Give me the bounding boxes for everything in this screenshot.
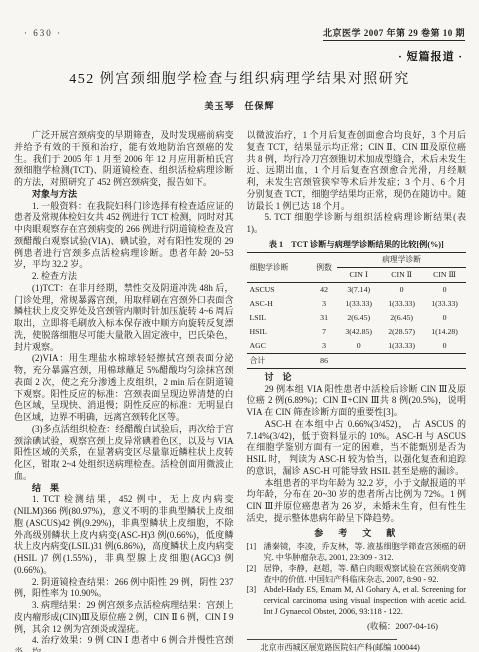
cell-cin1	[337, 353, 380, 368]
cell-case-count: 7	[311, 325, 337, 339]
paragraph-result-3: 3. 病理结果：29 例宫颈多点活检病理结果：宫颈上皮内瘤形成(CIN)Ⅲ及原位…	[14, 600, 234, 635]
reference-item: [1] 潘秦镜，李凌，乔友林，等. 液基细胞学筛查宫颈癌的研究. 中华肿瘤杂志,…	[247, 542, 467, 564]
table-row: ASC-H 3 1(33.33) 1(33.33) 1(33.33)	[247, 297, 467, 311]
paragraph-general-data: 1. 一般资料：在我院妇科门诊选择有检查适应证的患者及常规体检妇女共 452 例…	[14, 201, 234, 272]
table-row: 合计 86	[247, 353, 467, 368]
paragraph-result-2: 2. 阴道镜检查结果：266 例中阳性 29 例，阴性 237 例，阳性率为 1…	[14, 577, 234, 601]
paragraph-intro: 广泛开展宫颈病变的早期筛查，及时发现癌前病变并给予有效的干预和治疗，能有效地防治…	[14, 130, 234, 189]
reference-number: [2]	[247, 564, 264, 586]
table-header: 细胞学诊断 例数 病理学诊断 CIN ⅠCIN ⅡCIN Ⅲ	[247, 252, 467, 282]
article-authors: 美玉琴 任保辉	[0, 99, 479, 112]
cell-cin2: 2(28.57)	[380, 325, 423, 339]
cell-cin2: 2(6.45)	[380, 311, 423, 325]
table-row: ASCUS 42 3(7.14) 0 0	[247, 282, 467, 297]
cell-cin1: 0	[337, 339, 380, 354]
cell-cin3: 0	[423, 311, 466, 325]
cell-cytology-diagnosis: LSIL	[247, 311, 311, 325]
reference-item: [3] Abdel-Hady ES, Emam M, Al Gohary A, …	[247, 585, 467, 617]
cell-cytology-diagnosis: 合计	[247, 353, 311, 368]
heading-discussion: 讨 论	[247, 372, 467, 384]
heading-results: 结 果	[14, 483, 234, 495]
paragraph-via-method: (2)VIA：用生理盐水棉球轻轻擦拭宫颈表面分泌物，充分暴露宫颈，用棉球蘸足 5…	[14, 353, 234, 424]
cell-cytology-diagnosis: ASC-H	[247, 297, 311, 311]
paragraph-biopsy-method: (3)多点活组织检查：经醋酸白试验后，再次给于宫颈涂碘试验，观察宫颈上皮异常碘着…	[14, 424, 234, 483]
cell-case-count: 31	[311, 311, 337, 325]
references-list: [1] 潘秦镜，李凌，乔友林，等. 液基细胞学筛查宫颈癌的研究. 中华肿瘤杂志,…	[247, 542, 467, 618]
cell-case-count: 86	[311, 353, 337, 368]
cell-cytology-diagnosis: HSIL	[247, 325, 311, 339]
author-affiliation: 北京市西城区展览路医院妇产科(邮编 100044)	[247, 642, 467, 652]
paragraph-discussion-3: 本组患者的平均年龄为 32.2 岁，小于文献报道的平均年龄，分布在 20~30 …	[247, 478, 467, 525]
journal-citation: 北京医学 2007 年第 29 卷第 10 期	[323, 26, 465, 41]
cell-case-count: 3	[311, 339, 337, 354]
paragraph-discussion-2: ASC-H 在本组中占 0.66%(3/452)， 占 ASCUS 的 7.14…	[247, 419, 467, 478]
cell-cin1: 2(6.45)	[337, 311, 380, 325]
journal-page: · 630 · 北京医学 2007 年第 29 卷第 10 期 · 短篇报道 ·…	[0, 0, 479, 652]
reference-number: [3]	[247, 585, 264, 617]
reference-text: Abdel-Hady ES, Emam M, Al Gohary A, et a…	[264, 585, 467, 617]
cell-cin3: 0	[423, 339, 466, 354]
table-row: LSIL 31 2(6.45) 2(6.45) 0	[247, 311, 467, 325]
reference-number: [1]	[247, 542, 264, 564]
right-column: 以微波治疗，1 个月后复查创面愈合均良好，3 个月后复查 TCT，结果显示均正常…	[247, 130, 467, 638]
footnote-divider	[247, 639, 397, 640]
column-header-cytology: 细胞学诊断	[247, 252, 311, 282]
article-title: 452 例宫颈细胞学检查与组织病理学结果对照研究	[0, 68, 479, 88]
cell-cin2: 1(33.33)	[380, 339, 423, 354]
column-header-pathology-group: 病理学诊断	[337, 252, 466, 267]
cell-cytology-diagnosis: ASCUS	[247, 282, 311, 297]
received-date: (收稿：2007-04-16)	[247, 620, 467, 632]
column-subheader: CIN Ⅰ	[337, 267, 380, 282]
reference-text: 潘秦镜，李凌，乔友林，等. 液基细胞学筛查宫颈癌的研究. 中华肿瘤杂志, 200…	[264, 542, 467, 564]
table-row: AGC 3 0 1(33.33) 0	[247, 339, 467, 354]
cell-cin2: 0	[380, 282, 423, 297]
paragraph-treatment-continued: 以微波治疗，1 个月后复查创面愈合均良好，3 个月后复查 TCT，结果显示均正常…	[247, 130, 467, 212]
cell-cin3: 1(33.33)	[423, 297, 466, 311]
cell-case-count: 3	[311, 297, 337, 311]
table-row: HSIL 7 3(42.85) 2(28.57) 1(14.28)	[247, 325, 467, 339]
column-subheader: CIN Ⅲ	[423, 267, 466, 282]
section-badge: · 短篇报道 ·	[398, 48, 463, 64]
cell-cin2	[380, 353, 423, 368]
cell-cin1: 3(7.14)	[337, 282, 380, 297]
cell-cin3: 0	[423, 282, 466, 297]
paragraph-result-5: 5. TCT 细胞学诊断与组织活检病理诊断结果(表 1)。	[247, 212, 467, 236]
paragraph-tct-method: (1)TCT：在非月经期，禁性交及阴道冲洗 48h 后，门诊处理，常规暴露宫颈，…	[14, 283, 234, 354]
reference-text: 居铮，李静，赵超，等. 醋白肉眼观察试验在宫颈病变筛查中的价值. 中国妇产科临床…	[264, 564, 467, 586]
column-header-cases: 例数	[311, 252, 337, 282]
cell-cin1: 1(33.33)	[337, 297, 380, 311]
paragraph-exam-label: 2. 检查方法	[14, 271, 234, 283]
cell-cytology-diagnosis: AGC	[247, 339, 311, 354]
paragraph-result-1: 1. TCT 检测结果，452 例中，无上皮内病变(NILM)366 例(80.…	[14, 494, 234, 576]
cell-cin3: 1(14.28)	[423, 325, 466, 339]
references-heading: 参 考 文 献	[247, 528, 467, 540]
paragraph-result-4: 4. 治疗效果：9 例 CIN Ⅰ 患者中 6 例合并慢性宫颈炎，均	[14, 635, 234, 652]
page-number: · 630 ·	[24, 28, 62, 38]
cell-cin2: 1(33.33)	[380, 297, 423, 311]
reference-item: [2] 居铮，李静，赵超，等. 醋白肉眼观察试验在宫颈病变筛查中的价值. 中国妇…	[247, 564, 467, 586]
cell-cin1: 3(42.85)	[337, 325, 380, 339]
cell-case-count: 42	[311, 282, 337, 297]
paragraph-discussion-1: 29 例本组 VIA 阳性患者中活检后诊断 CIN Ⅲ及原位癌 2 例(6.89…	[247, 384, 467, 419]
table-body: ASCUS 42 3(7.14) 0 0 ASC-H 3 1(33.33) 1(…	[247, 282, 467, 368]
comparison-table: 细胞学诊断 例数 病理学诊断 CIN ⅠCIN ⅡCIN Ⅲ ASCUS 42 …	[247, 252, 467, 369]
body-columns: 广泛开展宫颈病变的早期筛查，及时发现癌前病变并给予有效的干预和治疗，能有效地防治…	[14, 130, 466, 638]
table-caption: 表 1 TCT 诊断与病理学诊断结果的比较[例(%)]	[247, 239, 467, 250]
cell-cin3	[423, 353, 466, 368]
column-subheader: CIN Ⅱ	[380, 267, 423, 282]
left-column: 广泛开展宫颈病变的早期筛查，及时发现癌前病变并给予有效的干预和治疗，能有效地防治…	[14, 130, 234, 638]
heading-methods: 对象与方法	[14, 189, 234, 201]
